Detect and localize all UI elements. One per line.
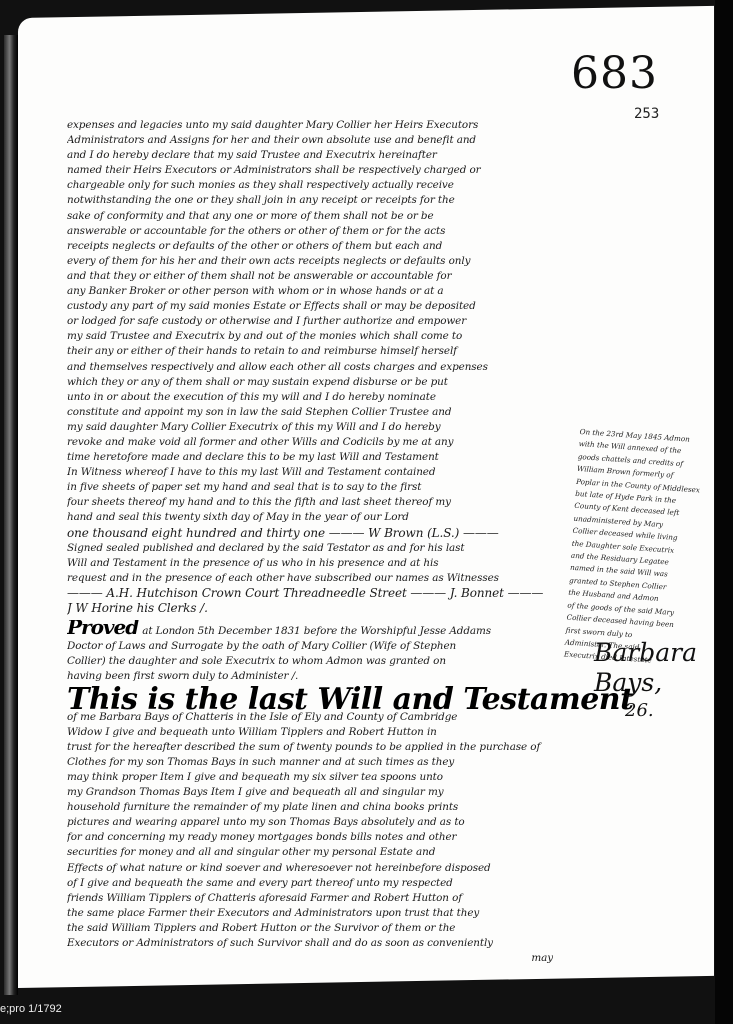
text-line: in five sheets of paper set my hand and …	[67, 480, 553, 495]
text-line: which they or any of them shall or may s…	[67, 375, 553, 390]
page-stamp-number: 253	[634, 106, 659, 122]
text-line: named their Heirs Executors or Administr…	[67, 163, 553, 178]
text-line: securities for money and all and singula…	[67, 845, 553, 860]
text-line: Executors or Administrators of such Surv…	[67, 936, 553, 951]
text-line: the said William Tipplers and Robert Hut…	[67, 921, 553, 936]
text-line: and I do hereby declare that my said Tru…	[67, 148, 553, 163]
text-line: sake of conformity and that any one or m…	[67, 209, 553, 224]
will-body-text: expenses and legacies unto my said daugh…	[67, 118, 553, 966]
testator-signature-line: one thousand eight hundred and thirty on…	[67, 526, 553, 541]
text-line: for and concerning my ready money mortga…	[67, 830, 553, 845]
text-line: In Witness whereof I have to this my las…	[67, 465, 553, 480]
text-line: every of them for his her and their own …	[67, 254, 553, 269]
book-binding-edge	[4, 35, 18, 995]
text-line: expenses and legacies unto my said daugh…	[67, 118, 553, 133]
probate-line-2: Doctor of Laws and Surrogate by the oath…	[67, 639, 553, 654]
text-line: custody any part of my said monies Estat…	[67, 299, 553, 314]
witness-line: ——— A.H. Hutchison Crown Court Threadnee…	[67, 586, 553, 601]
text-line: any Banker Broker or other person with w…	[67, 284, 553, 299]
text-line: time heretofore made and declare this to…	[67, 450, 553, 465]
text-line: and themselves respectively and allow ea…	[67, 360, 553, 375]
marginal-administration-note: On the 23rd May 1845 Admonwith the Will …	[564, 426, 715, 671]
text-line: friends William Tipplers of Chatteris af…	[67, 891, 553, 906]
marginal-testator-name: Barbara Bays,	[594, 638, 704, 698]
new-will-text: of me Barbara Bays of Chatteris in the I…	[67, 710, 553, 952]
text-line: constitute and appoint my son in law the…	[67, 405, 553, 420]
catchword: may	[67, 951, 553, 966]
text-line: unto in or about the execution of this m…	[67, 390, 553, 405]
testator-signature: W Brown (L.S.)	[368, 526, 459, 540]
witness-2: J. Bonnet	[450, 586, 504, 600]
text-line: my said Trustee and Executrix by and out…	[67, 329, 553, 344]
text-line: of I give and bequeath the same and ever…	[67, 876, 553, 891]
text-line: answerable or accountable for the others…	[67, 224, 553, 239]
text-line: revoke and make void all former and othe…	[67, 435, 553, 450]
scanned-page-background: 683 253 expenses and legacies unto my sa…	[0, 0, 733, 1024]
will-heading: This is the last Will and Testament	[67, 692, 553, 707]
text-line: Administrators and Assigns for her and t…	[67, 133, 553, 148]
text-line: my said daughter Mary Collier Executrix …	[67, 420, 553, 435]
text-line: Effects of what nature or kind soever an…	[67, 861, 553, 876]
text-line: may think proper Item I give and bequeat…	[67, 770, 553, 785]
text-line: four sheets thereof my hand and to this …	[67, 495, 553, 510]
catalog-reference: e;pro 1/1792	[0, 1003, 62, 1015]
previous-will-text: expenses and legacies unto my said daugh…	[67, 118, 553, 526]
text-line: their any or either of their hands to re…	[67, 344, 553, 359]
text-line: pictures and wearing apparel unto my son…	[67, 815, 553, 830]
text-line: and that they or either of them shall no…	[67, 269, 553, 284]
witness-1: A.H. Hutchison Crown Court Threadneedle …	[106, 586, 406, 600]
text-line: or lodged for safe custody or otherwise …	[67, 314, 553, 329]
text-line: the same place Farmer their Executors an…	[67, 906, 553, 921]
text-line: hand and seal this twenty sixth day of M…	[67, 510, 553, 525]
text-line: notwithstanding the one or they shall jo…	[67, 193, 553, 208]
attestation-clause: Signed sealed published and declared by …	[67, 541, 553, 586]
proved-keyword: Proved	[67, 620, 138, 639]
page-right-edge	[715, 0, 733, 1024]
probate-line-3: Collier) the daughter and sole Executrix…	[67, 654, 553, 669]
attestation-line: Will and Testament in the presence of us…	[67, 556, 553, 571]
folio-number: 683	[571, 48, 658, 99]
text-line: my Grandson Thomas Bays Item I give and …	[67, 785, 553, 800]
witness-3: J W Horine his Clerks /.	[67, 601, 553, 616]
text-line: Widow I give and bequeath unto William T…	[67, 725, 553, 740]
text-line: Clothes for my son Thomas Bays in such m…	[67, 755, 553, 770]
text-line: trust for the hereafter described the su…	[67, 740, 553, 755]
attestation-line: request and in the presence of each othe…	[67, 571, 553, 586]
text-line: chargeable only for such monies as they …	[67, 178, 553, 193]
text-line: receipts neglects or defaults of the oth…	[67, 239, 553, 254]
text-line: household furniture the remainder of my …	[67, 800, 553, 815]
attestation-line: Signed sealed published and declared by …	[67, 541, 553, 556]
marginal-testator-number: 26.	[625, 700, 654, 721]
probate-line-1: Provedat London 5th December 1831 before…	[67, 620, 553, 639]
